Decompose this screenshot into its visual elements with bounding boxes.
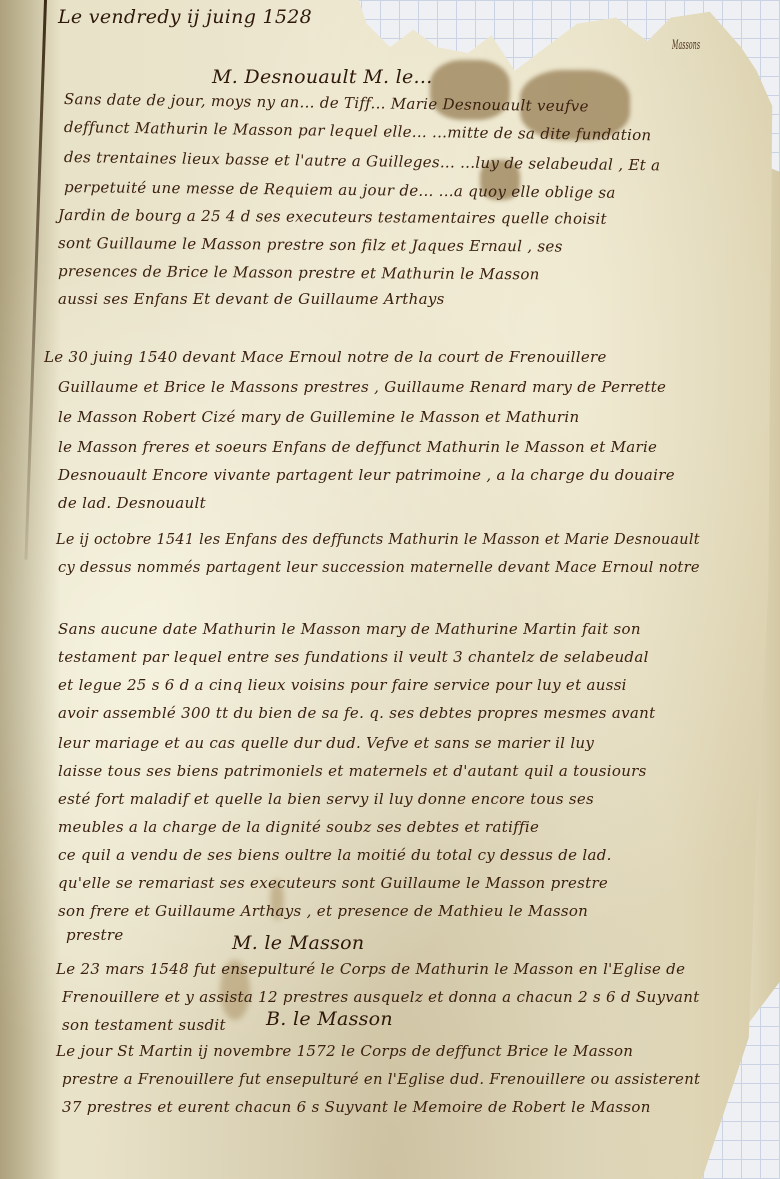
- text-line: Le 23 mars 1548 fut ensepulturé le Corps…: [56, 960, 685, 978]
- section-heading: B. le Masson: [266, 1008, 393, 1030]
- text-line: et legue 25 s 6 d a cinq lieux voisins p…: [58, 676, 627, 694]
- text-line: presences de Brice le Masson prestre et …: [58, 262, 540, 283]
- section-heading: M. Desnouault M. le...: [212, 66, 433, 88]
- text-line: aussi ses Enfans Et devant de Guillaume …: [58, 290, 445, 308]
- text-line: de lad. Desnouault: [58, 494, 206, 512]
- manuscript-page: Le vendredy ij juing 1528 Massons M. Des…: [0, 0, 780, 1179]
- text-line: laisse tous ses biens patrimoniels et ma…: [58, 762, 647, 780]
- text-line: avoir assemblé 300 tt du bien de sa fe. …: [58, 704, 655, 722]
- text-line: ce quil a vendu de ses biens oultre la m…: [58, 846, 612, 864]
- page-shadow: [0, 0, 60, 1179]
- text-line: cy dessus nommés partagent leur successi…: [58, 558, 700, 576]
- text-line: le Masson Robert Cizé mary de Guillemine…: [58, 408, 579, 426]
- text-line: le Masson freres et soeurs Enfans de def…: [58, 438, 657, 456]
- text-line: sont Guillaume le Masson prestre son fil…: [58, 234, 563, 256]
- corner-note: Massons: [672, 38, 700, 53]
- text-line: esté fort maladif et quelle la bien serv…: [58, 790, 594, 808]
- text-line: 37 prestres et eurent chacun 6 s Suyvant…: [62, 1098, 651, 1116]
- text-line: son frere et Guillaume Arthays , et pres…: [58, 902, 588, 920]
- header-date-line: Le vendredy ij juing 1528: [58, 6, 312, 28]
- text-line: son testament susdit: [62, 1016, 226, 1034]
- text-line: Frenouillere et y assista 12 prestres au…: [62, 988, 700, 1006]
- text-line: prestre a Frenouillere fut ensepulturé e…: [62, 1070, 700, 1088]
- text-line: Jardin de bourg a 25 4 d ses executeurs …: [58, 206, 607, 228]
- text-line: Sans aucune date Mathurin le Masson mary…: [58, 620, 641, 638]
- text-line: qu'elle se remariast ses executeurs sont…: [58, 874, 608, 892]
- text-line: Le jour St Martin ij novembre 1572 le Co…: [56, 1042, 633, 1060]
- section-heading: M. le Masson: [232, 932, 364, 954]
- text-line: Sans date de jour, moys ny an... de Tiff…: [64, 90, 589, 115]
- text-line: perpetuité une messe de Requiem au jour …: [64, 178, 616, 202]
- text-line: meubles a la charge de la dignité soubz …: [58, 818, 539, 836]
- text-line: leur mariage et au cas quelle dur dud. V…: [58, 734, 594, 752]
- text-line: Guillaume et Brice le Massons prestres ,…: [58, 378, 666, 396]
- text-line: testament par lequel entre ses fundation…: [58, 648, 649, 666]
- text-line: Le 30 juing 1540 devant Mace Ernoul notr…: [44, 348, 607, 366]
- text-line: des trentaines lieux basse et l'autre a …: [64, 148, 661, 174]
- text-line: Desnouault Encore vivante partagent leur…: [58, 466, 675, 484]
- text-line: prestre: [66, 926, 124, 944]
- text-line: Le ij octobre 1541 les Enfans des deffun…: [56, 530, 700, 548]
